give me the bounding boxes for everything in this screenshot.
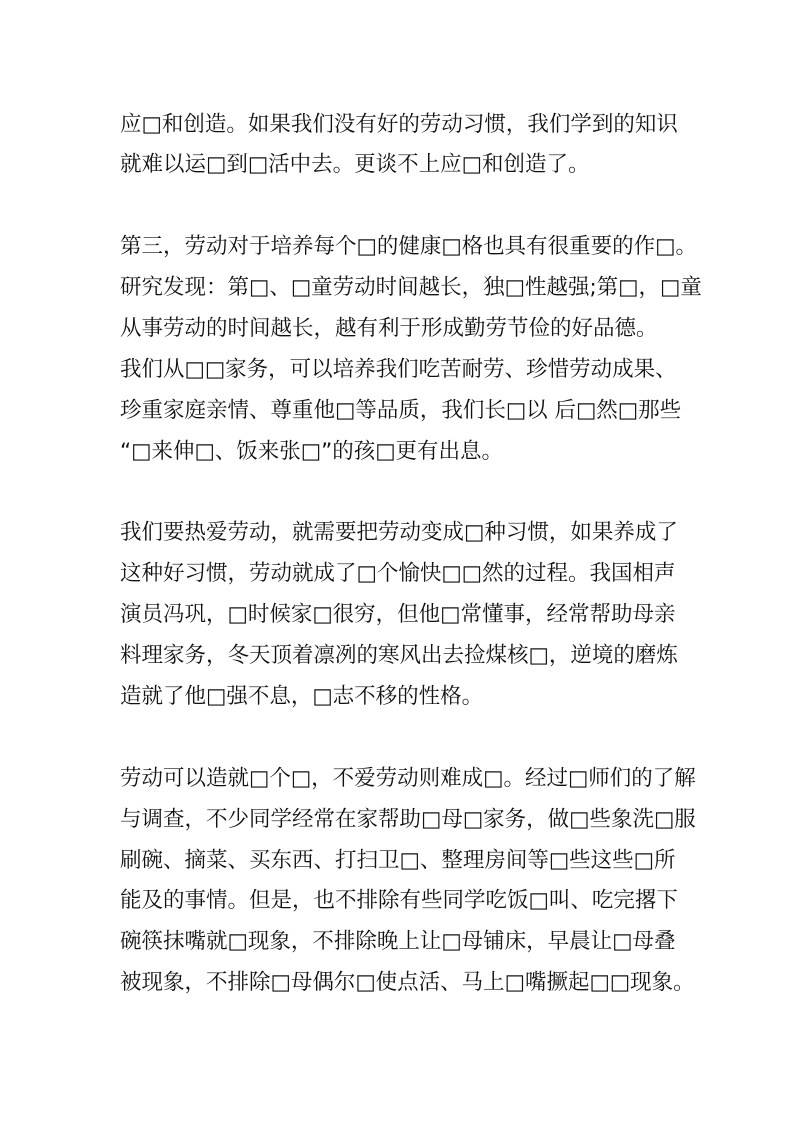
text-line: 能及的事情。但是，也不排除有些同学吃饭□叫、吃完撂下 [120, 881, 690, 922]
document-page: 应□和创造。如果我们没有好的劳动习惯，我们学到的知识 就难以运□到□活中去。更谈… [0, 0, 793, 1122]
text-line: 与调查，不少同学经常在家帮助□母□家务，做□些象洗□服 [120, 800, 690, 841]
text-line: 刷碗、摘菜、买东西、打扫卫□、整理房间等□些这些□所 [120, 841, 690, 882]
document-body: 应□和创造。如果我们没有好的劳动习惯，我们学到的知识 就难以运□到□活中去。更谈… [120, 105, 690, 1045]
text-line: 料理家务，冬天顶着凛冽的寒风出去捡煤核□，逆境的磨炼 [120, 636, 690, 677]
paragraph-1: 应□和创造。如果我们没有好的劳动习惯，我们学到的知识 就难以运□到□活中去。更谈… [120, 105, 690, 187]
text-line: 珍重家庭亲情、尊重他□等品质，我们长□以 后□然□那些 [120, 391, 690, 432]
text-line: 造就了他□强不息，□志不移的性格。 [120, 677, 690, 718]
paragraph-2: 第三，劳动对于培养每个□的健康□格也具有很重要的作□。 研究发现：第□、□童劳动… [120, 227, 690, 472]
text-line: 演员冯巩，□时候家□很穷，但他□常懂事，经常帮助母亲 [120, 595, 690, 636]
text-line: 劳动可以造就□个□，不爱劳动则难成□。经过□师们的了解 [120, 759, 690, 800]
text-line: “□来伸□、饭来张□”的孩□更有出息。 [120, 432, 690, 473]
text-line: 碗筷抹嘴就□现象，不排除晚上让□母铺床，早晨让□母叠 [120, 922, 690, 963]
text-line: 从事劳动的时间越长，越有利于形成勤劳节俭的好品德。 [120, 309, 690, 350]
text-line: 第三，劳动对于培养每个□的健康□格也具有很重要的作□。 [120, 227, 690, 268]
text-line: 研究发现：第□、□童劳动时间越长，独□性越强;第□，□童 [120, 268, 690, 309]
text-line: 就难以运□到□活中去。更谈不上应□和创造了。 [120, 145, 690, 186]
paragraph-4: 劳动可以造就□个□，不爱劳动则难成□。经过□师们的了解 与调查，不少同学经常在家… [120, 759, 690, 1004]
text-line: 我们要热爱劳动，就需要把劳动变成□种习惯，如果养成了 [120, 513, 690, 554]
text-line: 被现象，不排除□母偶尔□使点活、马上□嘴撅起□□现象。 [120, 963, 690, 1004]
text-line: 应□和创造。如果我们没有好的劳动习惯，我们学到的知识 [120, 105, 690, 146]
text-line: 我们从□□家务，可以培养我们吃苦耐劳、珍惜劳动成果、 [120, 350, 690, 391]
paragraph-3: 我们要热爱劳动，就需要把劳动变成□种习惯，如果养成了 这种好习惯，劳动就成了□个… [120, 513, 690, 717]
text-line: 这种好习惯，劳动就成了□个愉快□□然的过程。我国相声 [120, 554, 690, 595]
